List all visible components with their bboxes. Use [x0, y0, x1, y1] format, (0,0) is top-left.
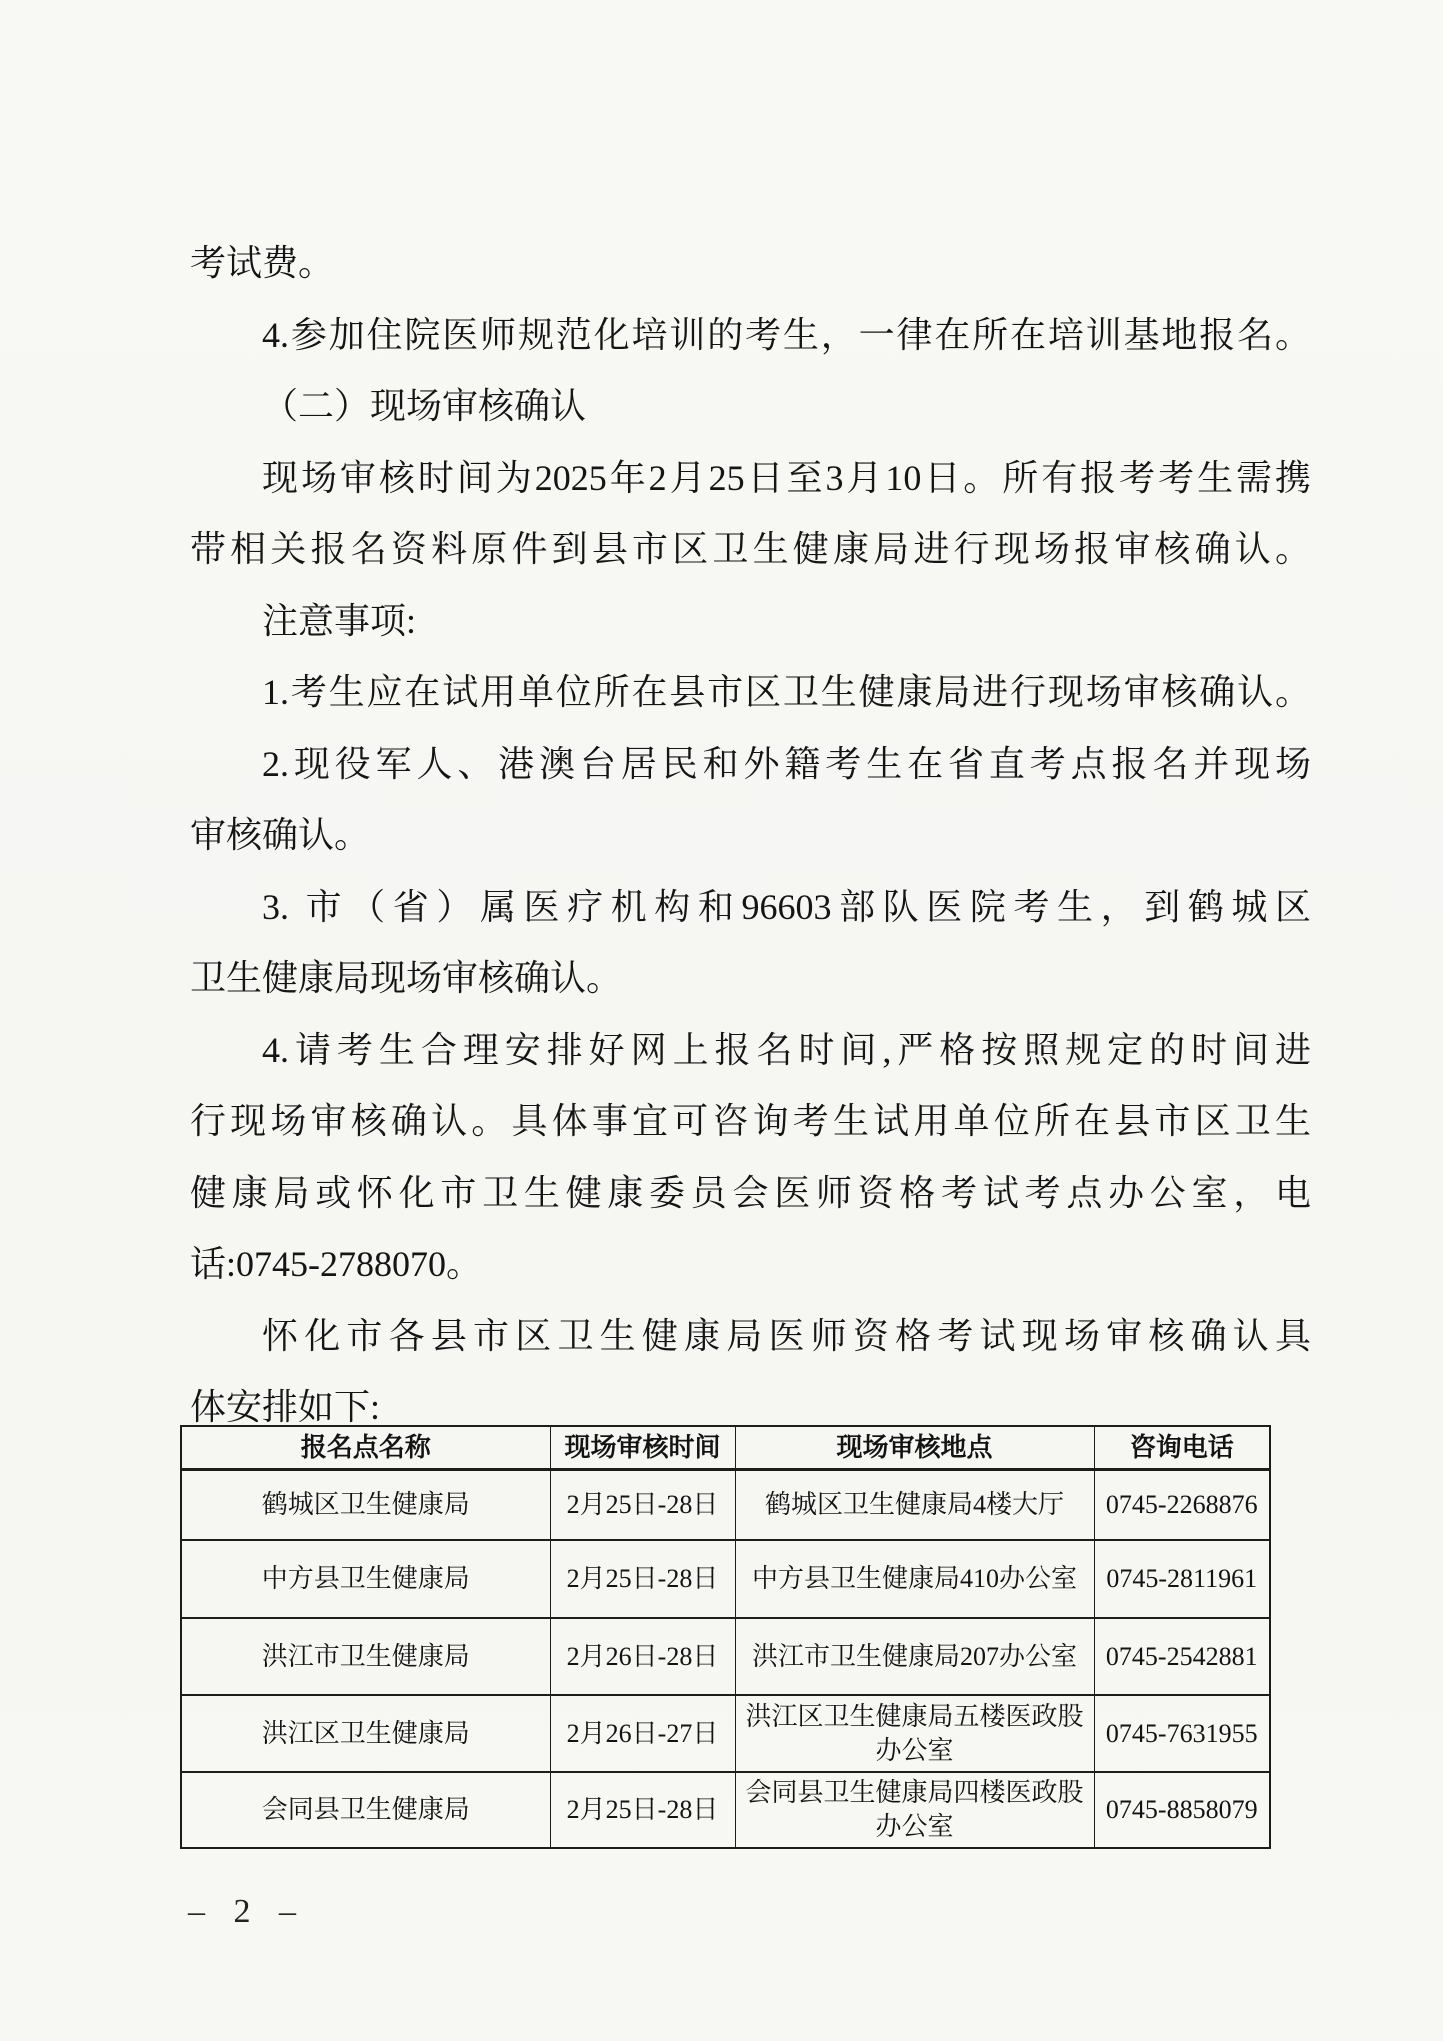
column-header-place: 现场审核地点	[735, 1426, 1094, 1470]
doc-line: 审核确认。	[190, 800, 1311, 872]
cell-phone: 0745-8858079	[1094, 1772, 1270, 1848]
cell-phone: 0745-7631955	[1094, 1695, 1270, 1772]
column-header-site: 报名点名称	[181, 1426, 550, 1470]
doc-line: 4.参加住院医师规范化培训的考生，一律在所在培训基地报名。	[190, 300, 1311, 372]
review-schedule-table: 报名点名称 现场审核时间 现场审核地点 咨询电话 鹤城区卫生健康局 2月25日-…	[180, 1425, 1271, 1849]
table-row: 洪江市卫生健康局 2月26日-28日 洪江市卫生健康局207办公室 0745-2…	[181, 1618, 1270, 1695]
doc-line: 怀化市各县市区卫生健康局医师资格考试现场审核确认具	[190, 1301, 1311, 1373]
cell-review-time: 2月25日-28日	[550, 1772, 735, 1848]
page-number: – 2 –	[188, 1893, 306, 1931]
doc-line: 4.请考生合理安排好网上报名时间,严格按照规定的时间进	[190, 1015, 1311, 1087]
doc-line: 现场审核时间为2025年2月25日至3月10日。所有报考考生需携	[190, 443, 1311, 515]
table-row: 会同县卫生健康局 2月25日-28日 会同县卫生健康局四楼医政股办公室 0745…	[181, 1772, 1270, 1848]
cell-review-place: 洪江区卫生健康局五楼医政股办公室	[735, 1695, 1094, 1772]
cell-review-time: 2月26日-28日	[550, 1618, 735, 1695]
column-header-phone: 咨询电话	[1094, 1426, 1270, 1470]
cell-site-name: 洪江区卫生健康局	[181, 1695, 550, 1772]
table-row: 中方县卫生健康局 2月25日-28日 中方县卫生健康局410办公室 0745-2…	[181, 1540, 1270, 1618]
doc-line: 行现场审核确认。具体事宜可咨询考生试用单位所在县市区卫生	[190, 1086, 1311, 1158]
cell-phone: 0745-2542881	[1094, 1618, 1270, 1695]
cell-review-place: 中方县卫生健康局410办公室	[735, 1540, 1094, 1618]
doc-line: （二）现场审核确认	[190, 371, 1311, 443]
cell-review-place: 鹤城区卫生健康局4楼大厅	[735, 1470, 1094, 1541]
cell-site-name: 鹤城区卫生健康局	[181, 1470, 550, 1541]
column-header-time: 现场审核时间	[550, 1426, 735, 1470]
scanned-document-page: 考试费。 4.参加住院医师规范化培训的考生，一律在所在培训基地报名。 （二）现场…	[0, 0, 1443, 2041]
doc-line: 话:0745-2788070。	[190, 1229, 1311, 1301]
doc-line: 健康局或怀化市卫生健康委员会医师资格考试考点办公室，电	[190, 1158, 1311, 1230]
document-body-text: 考试费。 4.参加住院医师规范化培训的考生，一律在所在培训基地报名。 （二）现场…	[190, 228, 1311, 1444]
cell-phone: 0745-2268876	[1094, 1470, 1270, 1541]
doc-line: 注意事项:	[190, 586, 1311, 658]
doc-line: 卫生健康局现场审核确认。	[190, 943, 1311, 1015]
cell-review-place: 洪江市卫生健康局207办公室	[735, 1618, 1094, 1695]
cell-review-time: 2月25日-28日	[550, 1470, 735, 1541]
cell-review-place: 会同县卫生健康局四楼医政股办公室	[735, 1772, 1094, 1848]
cell-review-time: 2月26日-27日	[550, 1695, 735, 1772]
doc-line: 2.现役军人、港澳台居民和外籍考生在省直考点报名并现场	[190, 729, 1311, 801]
doc-line: 1.考生应在试用单位所在县市区卫生健康局进行现场审核确认。	[190, 657, 1311, 729]
doc-line: 带相关报名资料原件到县市区卫生健康局进行现场报审核确认。	[190, 514, 1311, 586]
table-row: 洪江区卫生健康局 2月26日-27日 洪江区卫生健康局五楼医政股办公室 0745…	[181, 1695, 1270, 1772]
cell-site-name: 洪江市卫生健康局	[181, 1618, 550, 1695]
table-row: 鹤城区卫生健康局 2月25日-28日 鹤城区卫生健康局4楼大厅 0745-226…	[181, 1470, 1270, 1541]
cell-phone: 0745-2811961	[1094, 1540, 1270, 1618]
cell-review-time: 2月25日-28日	[550, 1540, 735, 1618]
cell-site-name: 会同县卫生健康局	[181, 1772, 550, 1848]
doc-line: 考试费。	[190, 228, 1311, 300]
cell-site-name: 中方县卫生健康局	[181, 1540, 550, 1618]
doc-line: 3. 市（省）属医疗机构和96603部队医院考生，到鹤城区	[190, 872, 1311, 944]
table-header-row: 报名点名称 现场审核时间 现场审核地点 咨询电话	[181, 1426, 1270, 1470]
